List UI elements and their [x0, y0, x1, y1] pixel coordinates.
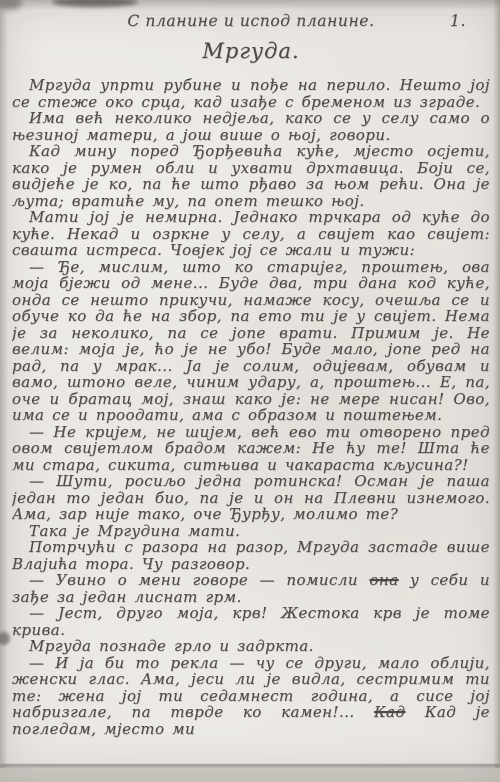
strikethrough-text: она [369, 571, 398, 589]
manuscript-paragraph: — И ја би то рекла — чу се други, мало о… [12, 655, 490, 738]
handwritten-text: — Јест, друго моја, крв! Жестока крв је … [12, 604, 490, 639]
handwritten-text: Мргуда познаде грло и задркта. [29, 637, 314, 655]
manuscript-paragraph: Потрчући с разора на разор, Мргуда заста… [12, 539, 490, 572]
scan-edge-left [0, 0, 8, 782]
strikethrough-text: Кад [374, 703, 405, 721]
manuscript-paragraph: Мати јој је немирна. Једнако трчкара од … [12, 209, 490, 259]
manuscript-paragraph: — Ђе, мислим, што ко старијег, проштењ, … [12, 259, 490, 424]
handwritten-text: Потрчући с разора на разор, Мргуда заста… [12, 538, 490, 573]
story-title: Мргуда. [12, 39, 490, 63]
handwritten-text: — Не кријем, не шијем, већ ево ти отворе… [12, 423, 490, 474]
handwritten-text: Има већ неколико недјеља, како се у селу… [12, 109, 490, 144]
collection-title: С планине и испод планине. [127, 12, 374, 30]
handwritten-text: Мати јој је немирна. Једнако трчкара од … [12, 208, 490, 259]
handwritten-text: Кад мину поред Ђорђевића куће, мјесто ос… [12, 142, 490, 210]
handwritten-text: Така је Мргудина мати. [29, 522, 240, 540]
manuscript-paragraph: — Јест, друго моја, крв! Жестока крв је … [12, 605, 490, 638]
manuscript-content: С планине и испод планине. 1. Мргуда. Мр… [12, 12, 490, 752]
manuscript-paragraph: Кад мину поред Ђорђевића куће, мјесто ос… [12, 143, 490, 209]
manuscript-paragraph: — Не кријем, не шијем, већ ево ти отворе… [12, 424, 490, 474]
page-number: 1. [450, 12, 466, 30]
handwritten-text: — Увино о мени говоре — помисли [29, 571, 369, 589]
manuscript-body: Мргуда упрти рубине и пође на перило. Не… [12, 77, 490, 737]
handwritten-text: — Шути, росиљо једна ротинска! Осман је … [12, 472, 490, 523]
manuscript-paragraph: Така је Мргудина мати. [12, 523, 490, 540]
manuscript-paragraph: Има већ неколико недјеља, како се у селу… [12, 110, 490, 143]
scan-edge-right [493, 0, 500, 782]
manuscript-paragraph: — Шути, росиљо једна ротинска! Осман је … [12, 473, 490, 523]
margin-ink-blot [0, 632, 10, 645]
manuscript-paragraph: Мргуда упрти рубине и пође на перило. Не… [12, 77, 490, 110]
scan-bottom-strip [0, 768, 500, 782]
handwritten-text: Мргуда упрти рубине и пође на перило. Не… [12, 76, 490, 111]
manuscript-paragraph: Мргуда познаде грло и задркта. [12, 638, 490, 655]
manuscript-scan-page: С планине и испод планине. 1. Мргуда. Мр… [0, 0, 500, 782]
handwritten-text: — Ђе, мислим, што ко старијег, проштењ, … [12, 258, 490, 425]
page-header: С планине и испод планине. 1. [12, 12, 490, 30]
manuscript-paragraph: — Увино о мени говоре — помисли она у се… [12, 572, 490, 605]
